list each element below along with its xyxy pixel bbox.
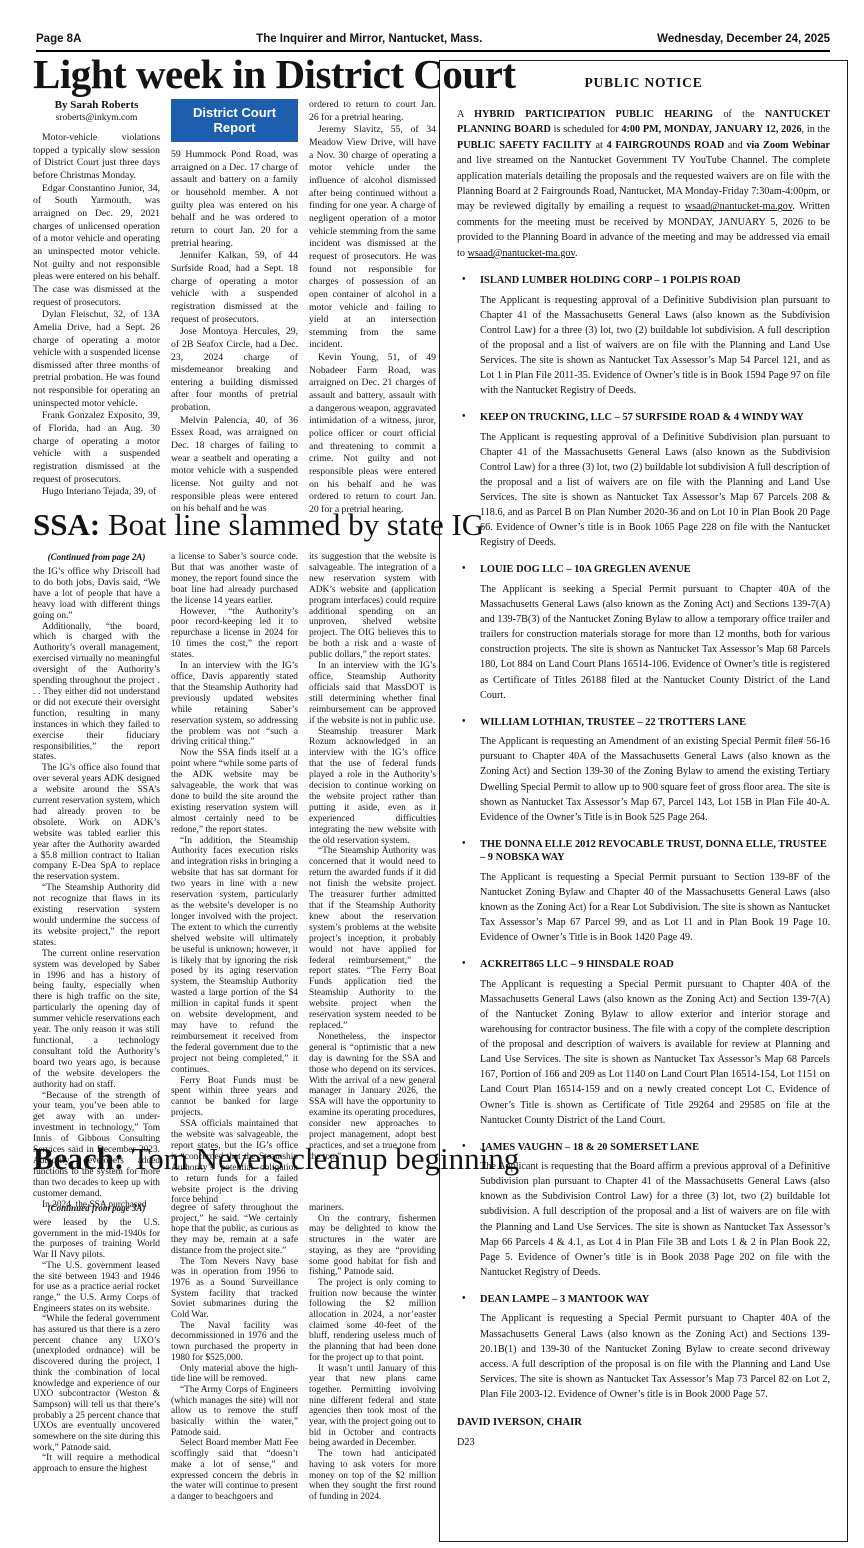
paragraph: Kevin Young, 51, of 49 Nobadeer Farm Roa…	[309, 352, 436, 517]
bullet-icon: •	[462, 957, 466, 971]
paragraph: a license to Saber’s source code. But th…	[171, 552, 298, 607]
notice-intro-segment: 4:00 PM, MONDAY, JANUARY 12, 2026	[621, 124, 801, 135]
paragraph: The town had anticipated having to ask v…	[309, 1449, 436, 1503]
notice-item-title: LOUIE DOG LLC – 10A GREGLEN AVENUE	[480, 564, 691, 575]
paragraph: “The U.S. government leased the site bet…	[33, 1261, 160, 1315]
story-text: ordered to return to court Jan. 26 for a…	[309, 99, 436, 517]
notice-intro-segment: , in the	[802, 124, 830, 135]
paragraph: “It will require a methodical approach t…	[33, 1453, 160, 1474]
notice-item-body: The Applicant is requesting a Special Pe…	[480, 870, 830, 945]
bullet-icon: •	[462, 1292, 466, 1306]
paragraph: Steamship treasurer Mark Rozum acknowled…	[309, 727, 436, 847]
notice-item-heading: •ISLAND LUMBER HOLDING CORP – 1 POLPIS R…	[457, 274, 830, 288]
notice-item-heading: •WILLIAM LOTHIAN, TRUSTEE – 22 TROTTERS …	[457, 716, 830, 730]
notice-item-heading: •ACKREIT865 LLC – 9 HINSDALE ROAD	[457, 958, 830, 972]
ssa-col1: (Continued from page 2A) the IG’s office…	[33, 552, 160, 1210]
public-notice-box: PUBLIC NOTICE A HYBRID PARTICIPATION PUB…	[439, 60, 848, 1542]
notice-item-title: WILLIAM LOTHIAN, TRUSTEE – 22 TROTTERS L…	[480, 717, 746, 728]
notice-item: •DEAN LAMPE – 3 MANTOOK WAYThe Applicant…	[457, 1293, 830, 1402]
paragraph: its suggestion that the website is salva…	[309, 552, 436, 661]
notice-item-heading: •THE DONNA ELLE 2012 REVOCABLE TRUST, DO…	[457, 838, 830, 865]
story-text: Motor-vehicle violations topped a typica…	[33, 132, 160, 499]
notice-item-title: ISLAND LUMBER HOLDING CORP – 1 POLPIS RO…	[480, 275, 741, 286]
paragraph: “The Steamship Authority did not recogni…	[33, 883, 160, 948]
notice-intro-segment: is scheduled for	[551, 124, 621, 135]
story-text: mariners.On the contrary, fishermen may …	[309, 1203, 436, 1503]
notice-intro-segment: wsaad@nantucket-ma.gov	[467, 248, 574, 259]
beach-headline-prefix: Beach:	[33, 1141, 124, 1176]
paragraph: The Tom Nevers Navy base was in operatio…	[171, 1257, 298, 1321]
paragraph: Hugo Interiano Tejada, 39, of	[33, 486, 160, 499]
district-court-col2: District Court Report 59 Hummock Pond Ro…	[171, 99, 298, 516]
paragraph: ordered to return to court Jan. 26 for a…	[309, 99, 436, 124]
notice-item-body: The Applicant is requesting approval of …	[480, 293, 830, 399]
continued-from-note: (Continued from page 2A)	[33, 552, 160, 562]
paragraph: Melvin Palencia, 40, of 36 Essex Road, w…	[171, 415, 298, 516]
notice-item: •ISLAND LUMBER HOLDING CORP – 1 POLPIS R…	[457, 274, 830, 398]
newspaper-page: Page 8A The Inquirer and Mirror, Nantuck…	[0, 0, 864, 1548]
notice-intro-segment: wsaad@nantucket-ma.gov	[685, 201, 792, 212]
bullet-icon: •	[462, 273, 466, 287]
ssa-col2: a license to Saber’s source code. But th…	[171, 552, 298, 1206]
paragraph: Jose Montoya Hercules, 29, of 2B Seafox …	[171, 326, 298, 415]
notice-item: •THE DONNA ELLE 2012 REVOCABLE TRUST, DO…	[457, 838, 830, 945]
paragraph: Jennifer Kalkan, 59, of 44 Surfside Road…	[171, 250, 298, 326]
notice-item-body: The Applicant is requesting a Special Pe…	[480, 1311, 830, 1402]
district-court-col1: By Sarah Roberts sroberts@inkym.com Moto…	[33, 99, 160, 499]
public-notice-items: •ISLAND LUMBER HOLDING CORP – 1 POLPIS R…	[457, 274, 830, 1402]
notice-intro-segment: HYBRID PARTICIPATION PUBLIC HEARING	[474, 109, 713, 120]
paragraph: Only material above the high-tide line w…	[171, 1364, 298, 1385]
ssa-headline: SSA: Boat line slammed by state IG	[33, 507, 437, 543]
notice-item-title: THE DONNA ELLE 2012 REVOCABLE TRUST, DON…	[480, 839, 827, 864]
district-court-headline: Light week in District Court	[33, 50, 437, 98]
notice-reference-code: D23	[457, 1437, 830, 1448]
story-text: its suggestion that the website is salva…	[309, 552, 436, 1163]
notice-intro-segment: PUBLIC SAFETY FACILITY	[457, 140, 592, 151]
district-court-columns: By Sarah Roberts sroberts@inkym.com Moto…	[33, 99, 436, 503]
notice-intro-segment: at	[592, 140, 607, 151]
bullet-icon: •	[462, 715, 466, 729]
notice-item: •ACKREIT865 LLC – 9 HINSDALE ROADThe App…	[457, 958, 830, 1127]
paragraph: The current online reservation system wa…	[33, 949, 160, 1091]
paragraph: Additionally, “the board, which is charg…	[33, 622, 160, 764]
ssa-headline-prefix: SSA:	[33, 507, 100, 542]
notice-item: •KEEP ON TRUCKING, LLC – 57 SURFSIDE ROA…	[457, 411, 830, 550]
notice-item-heading: •DEAN LAMPE – 3 MANTOOK WAY	[457, 1293, 830, 1307]
notice-item-title: ACKREIT865 LLC – 9 HINSDALE ROAD	[480, 959, 674, 970]
paragraph: Now the SSA finds itself at a point wher…	[171, 748, 298, 835]
notice-item-body: The Applicant is requesting approval of …	[480, 430, 830, 551]
beach-col1: (Continued from page 3A) were leased by …	[33, 1203, 160, 1475]
notice-intro-segment: and	[724, 140, 746, 151]
ssa-col3: its suggestion that the website is salva…	[309, 552, 436, 1163]
ssa-headline-rest: Boat line slammed by state IG	[100, 507, 484, 542]
bullet-icon: •	[462, 837, 466, 851]
paragraph: The project is only coming to fruition n…	[309, 1278, 436, 1364]
paragraph: “While the federal government has assure…	[33, 1314, 160, 1453]
paragraph: Jeremy Slavitz, 55, of 34 Meadow View Dr…	[309, 124, 436, 352]
notice-item-heading: •LOUIE DOG LLC – 10A GREGLEN AVENUE	[457, 563, 830, 577]
author-email: sroberts@inkym.com	[33, 113, 160, 123]
notice-intro-segment: of the	[713, 109, 765, 120]
issue-date: Wednesday, December 24, 2025	[657, 33, 830, 45]
district-court-col3: ordered to return to court Jan. 26 for a…	[309, 99, 436, 517]
paragraph: In an interview with the IG’s office, St…	[309, 661, 436, 726]
paragraph: mariners.	[309, 1203, 436, 1214]
public-notice-title: PUBLIC NOTICE	[457, 75, 830, 91]
paragraph: Motor-vehicle violations topped a typica…	[33, 132, 160, 183]
byline: By Sarah Roberts	[33, 99, 160, 111]
beach-columns: (Continued from page 3A) were leased by …	[33, 1203, 436, 1545]
paragraph: were leased by the U.S. government in th…	[33, 1218, 160, 1261]
notice-item-body: The Applicant is requesting a Special Pe…	[480, 977, 830, 1128]
paragraph: Dylan Fleischut, 32, of 13A Amelia Drive…	[33, 309, 160, 410]
notice-chair-signature: DAVID IVERSON, CHAIR	[457, 1417, 830, 1428]
beach-headline: Beach: Tom Nevers cleanup beginning	[33, 1141, 437, 1177]
notice-intro-segment: via Zoom Webinar	[746, 140, 830, 151]
story-text: degree of safety throughout the project,…	[171, 1203, 298, 1503]
notice-item-heading: •KEEP ON TRUCKING, LLC – 57 SURFSIDE ROA…	[457, 411, 830, 425]
paragraph: degree of safety throughout the project,…	[171, 1203, 298, 1257]
paragraph: The IG’s office also found that over sev…	[33, 763, 160, 883]
ssa-columns: (Continued from page 2A) the IG’s office…	[33, 552, 436, 1164]
paragraph: “In addition, the Steamship Authority fa…	[171, 836, 298, 1076]
byline-block: By Sarah Roberts sroberts@inkym.com	[33, 99, 160, 123]
notice-intro-segment: .	[575, 248, 578, 259]
paragraph: The Naval facility was decommissioned in…	[171, 1321, 298, 1364]
bullet-icon: •	[462, 562, 466, 576]
story-text: 59 Hummock Pond Road, was arraigned on a…	[171, 149, 298, 516]
notice-item: •JAMES VAUGHN – 18 & 20 SOMERSET LANEThe…	[457, 1141, 830, 1280]
notice-item-body: The Applicant is requesting an Amendment…	[480, 734, 830, 825]
paragraph: Frank Gonzalez Exposito, 39, of Florida,…	[33, 410, 160, 486]
story-text: a license to Saber’s source code. But th…	[171, 552, 298, 1206]
beach-col3: mariners.On the contrary, fishermen may …	[309, 1203, 436, 1503]
story-text: were leased by the U.S. government in th…	[33, 1218, 160, 1475]
paragraph: Select Board member Matt Fee scoffingly …	[171, 1438, 298, 1502]
paragraph: Ferry Boat Funds must be spent within th…	[171, 1076, 298, 1120]
notice-intro-segment: A	[457, 109, 474, 120]
paragraph: the IG’s office why Driscoll had to do b…	[33, 567, 160, 622]
paragraph: However, “the Authority’s poor record-ke…	[171, 607, 298, 662]
public-notice-intro: A HYBRID PARTICIPATION PUBLIC HEARING of…	[457, 107, 830, 261]
paragraph: In an interview with the IG’s office, Da…	[171, 661, 298, 748]
story-text: the IG’s office why Driscoll had to do b…	[33, 567, 160, 1210]
page-number: Page 8A	[36, 33, 81, 45]
kicker-badge: District Court Report	[171, 99, 298, 142]
notice-item-body: The Applicant is requesting that the Boa…	[480, 1159, 830, 1280]
notice-item-body: The Applicant is seeking a Special Permi…	[480, 582, 830, 703]
notice-item-heading: •JAMES VAUGHN – 18 & 20 SOMERSET LANE	[457, 1141, 830, 1155]
paper-title: The Inquirer and Mirror, Nantucket, Mass…	[256, 33, 482, 45]
paragraph: Edgar Constantino Junior, 34, of South Y…	[33, 183, 160, 310]
notice-item-title: KEEP ON TRUCKING, LLC – 57 SURFSIDE ROAD…	[480, 412, 804, 423]
notice-item-title: JAMES VAUGHN – 18 & 20 SOMERSET LANE	[480, 1142, 699, 1153]
paragraph: On the contrary, fishermen may be deligh…	[309, 1214, 436, 1278]
beach-col2: degree of safety throughout the project,…	[171, 1203, 298, 1503]
bullet-icon: •	[462, 410, 466, 424]
continued-from-note: (Continued from page 3A)	[33, 1203, 160, 1213]
paragraph: 59 Hummock Pond Road, was arraigned on a…	[171, 149, 298, 250]
notice-item: •WILLIAM LOTHIAN, TRUSTEE – 22 TROTTERS …	[457, 716, 830, 825]
notice-item: •LOUIE DOG LLC – 10A GREGLEN AVENUEThe A…	[457, 563, 830, 702]
notice-item-title: DEAN LAMPE – 3 MANTOOK WAY	[480, 1294, 649, 1305]
bullet-icon: •	[462, 1140, 466, 1154]
notice-intro-segment: 4 FAIRGROUNDS ROAD	[607, 140, 725, 151]
paragraph: It wasn’t until January of this year tha…	[309, 1364, 436, 1450]
paragraph: “The Army Corps of Engineers (which mana…	[171, 1385, 298, 1439]
paragraph: “The Steamship Authority was concerned t…	[309, 846, 436, 1031]
